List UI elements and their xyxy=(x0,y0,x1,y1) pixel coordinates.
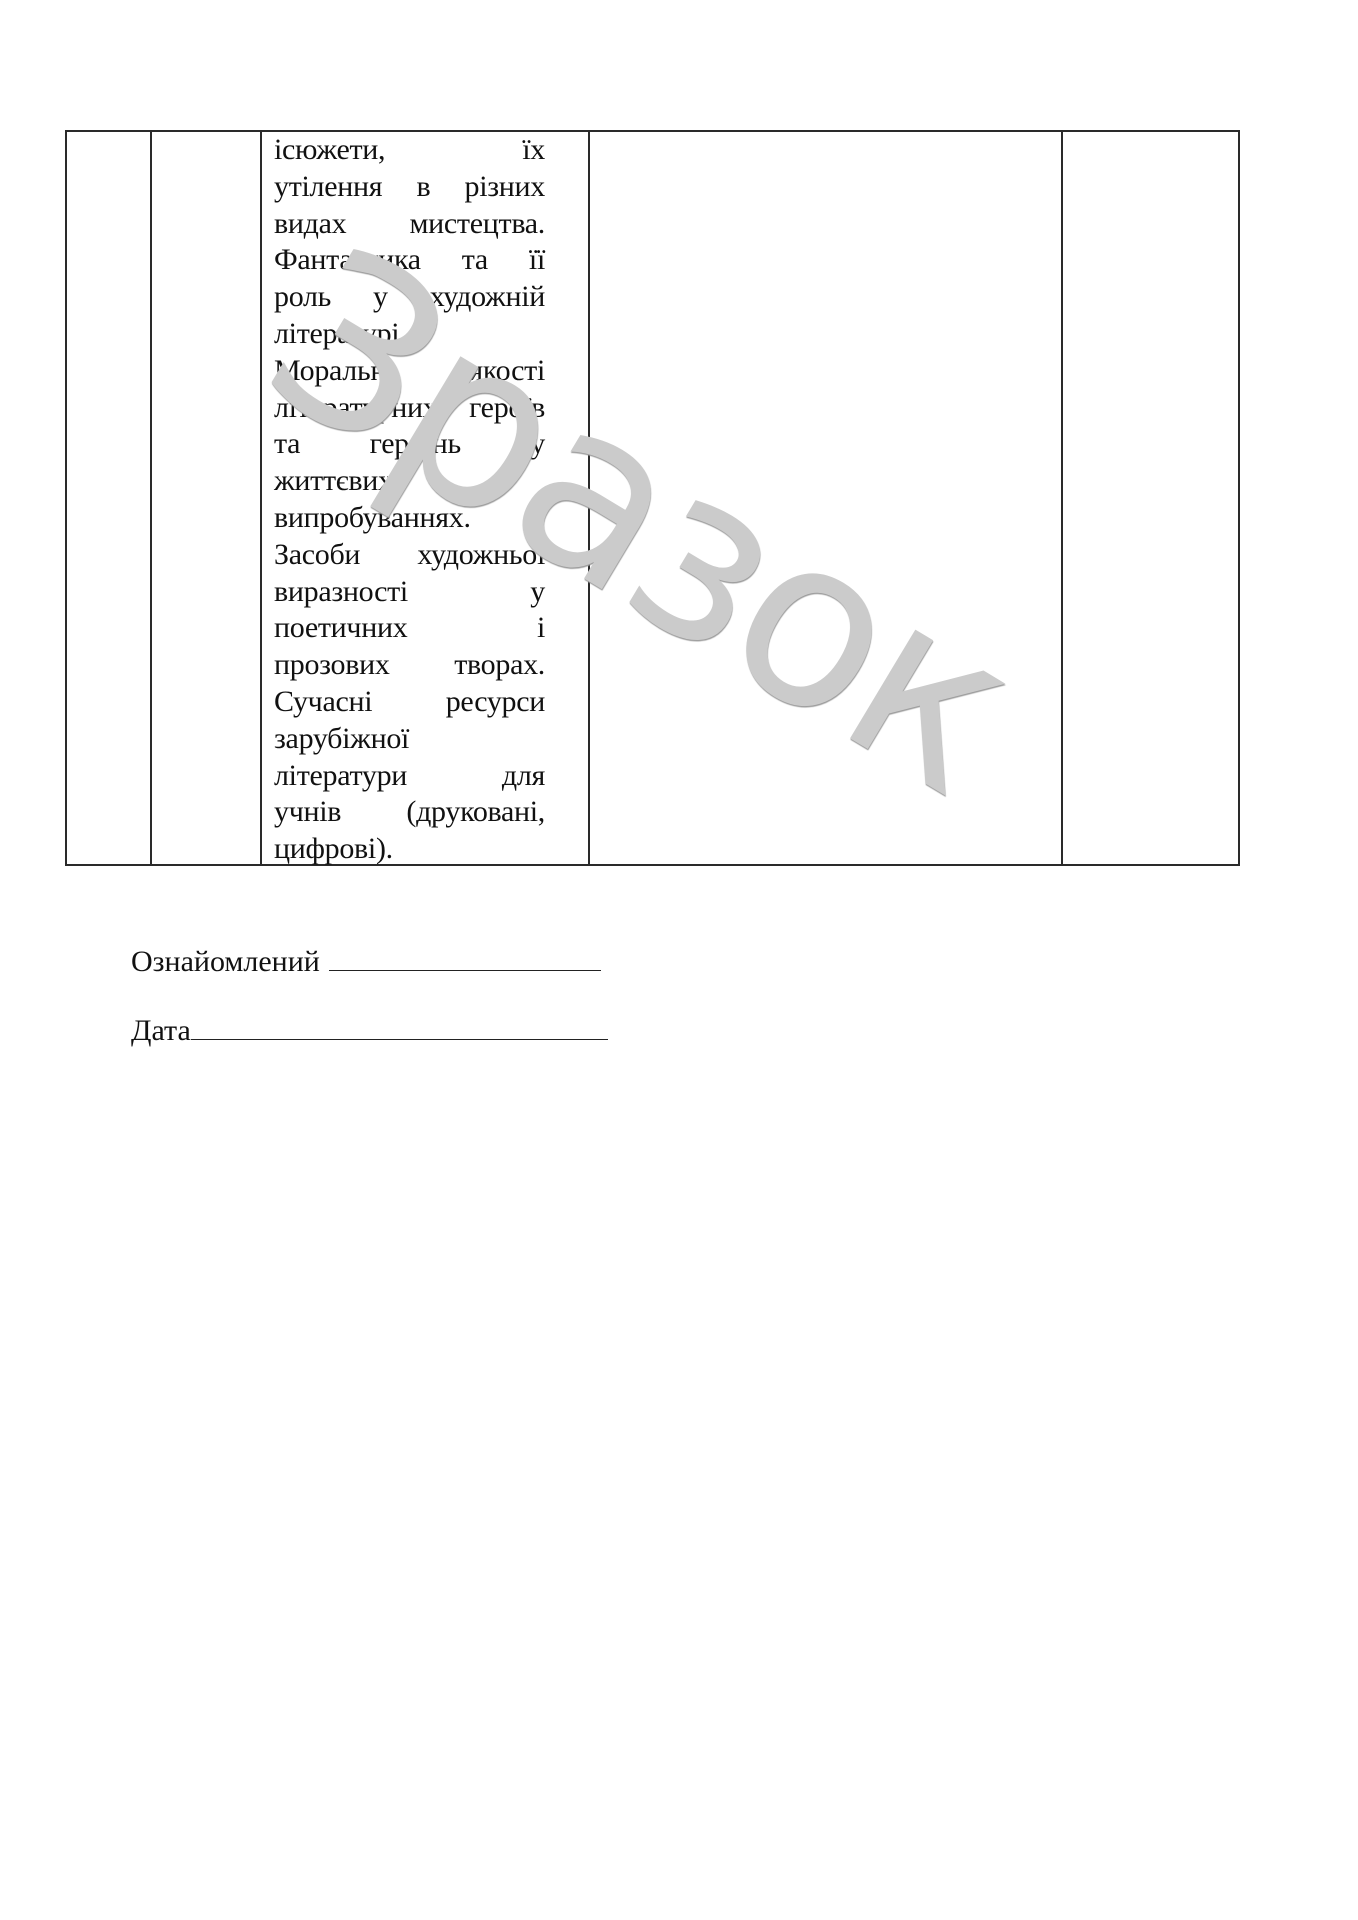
content-line: роль у художній xyxy=(274,279,545,316)
content-line: цифрові). xyxy=(274,831,545,868)
content-line: Фантастика та її xyxy=(274,242,545,279)
acknowledged-label: Ознайомлений xyxy=(131,945,320,978)
content-line: видах мистецтва. xyxy=(274,206,545,243)
table-cell-hours xyxy=(152,132,260,864)
content-line: прозових творах. xyxy=(274,647,545,684)
content-line: поетичних і xyxy=(274,610,545,647)
content-line: ісюжети, їх xyxy=(274,132,545,169)
plan-table: ісюжети, їх утілення в різних видах мист… xyxy=(65,130,1240,866)
content-line: літератури для xyxy=(274,758,545,795)
content-line: Моральні якості xyxy=(274,353,545,390)
content-line: Сучасні ресурси xyxy=(274,684,545,721)
table-cell-content: ісюжети, їх утілення в різних видах мист… xyxy=(262,132,588,864)
table-cell-notes xyxy=(1063,132,1238,864)
document-page: ісюжети, їх утілення в різних видах мист… xyxy=(0,0,1358,1920)
table-cell-number xyxy=(67,132,150,864)
date-label: Дата xyxy=(131,1014,191,1047)
date-signature-line: Дата xyxy=(131,1013,608,1049)
content-line: зарубіжної xyxy=(274,721,545,758)
content-line: Засоби художньої xyxy=(274,537,545,574)
signature-blank-field xyxy=(329,946,601,971)
date-blank-field xyxy=(191,1015,608,1040)
content-line: літературних героїв xyxy=(274,390,545,427)
content-line: учнів (друковані, xyxy=(274,794,545,831)
content-line: випробуваннях. xyxy=(274,500,545,537)
table-cell-requirements xyxy=(590,132,1061,864)
content-line: літературі. xyxy=(274,316,545,353)
content-line: та героїнь у xyxy=(274,426,545,463)
acknowledged-signature-line: Ознайомлений xyxy=(131,944,601,980)
content-line: утілення в різних xyxy=(274,169,545,206)
content-line: виразності у xyxy=(274,574,545,611)
content-text: ісюжети, їх утілення в різних видах мист… xyxy=(274,132,545,868)
content-line: життєвих xyxy=(274,463,545,500)
